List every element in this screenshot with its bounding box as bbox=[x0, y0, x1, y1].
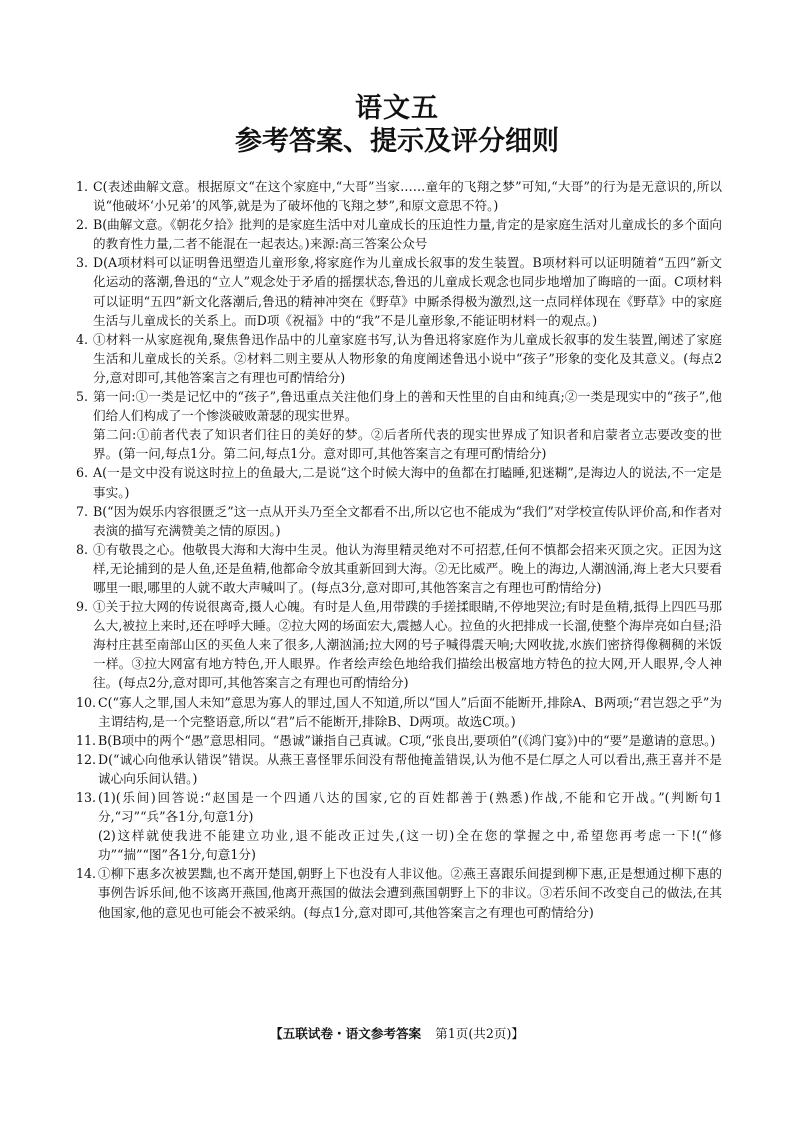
item-number: 2. bbox=[76, 215, 88, 234]
page-footer: 【五联试卷・语文参考答案第1页(共2页)】 bbox=[0, 1023, 794, 1042]
answer-item-12: 12. D(“诚心向他承认错误”错误。从燕王喜怪罪乐间没有帮他掩盖错误,认为他不… bbox=[76, 750, 722, 788]
item-number: 1. bbox=[76, 177, 88, 196]
answer-item-8: 8. ①有敬畏之心。他敬畏大海和大海中生灵。他认为海里精灵绝对不可招惹,任何不慎… bbox=[76, 540, 722, 597]
item-number: 9. bbox=[76, 597, 88, 616]
item-text: 第一问:①一类是记忆中的“孩子”,鲁迅重点关注他们身上的善和天性里的自由和纯真;… bbox=[93, 387, 722, 425]
item-number: 13. bbox=[76, 788, 96, 807]
answer-item-13: 13. (1)(乐间)回答说:“赵国是一个四通八达的国家,它的百姓都善于(熟悉)… bbox=[76, 788, 722, 864]
item-text: (1)(乐间)回答说:“赵国是一个四通八达的国家,它的百姓都善于(熟悉)作战,不… bbox=[98, 788, 722, 826]
item-text: B(曲解文意。《朝花夕拾》批判的是家庭生活中对儿童成长的压迫性力量,肯定的是家庭… bbox=[93, 215, 722, 253]
answer-item-11: 11. B(B项中的两个“愚”意思相同。“愚诚”谦指自己真诚。C项,“张良出,要… bbox=[76, 731, 722, 750]
answer-item-9: 9. ①关于拉大网的传说很离奇,摄人心魄。有时是人鱼,用带蹼的手搓揉眼睛,不停地… bbox=[76, 597, 722, 692]
item-text: D(“诚心向他承认错误”错误。从燕王喜怪罪乐间没有帮他掩盖错误,认为他不是仁厚之… bbox=[98, 750, 722, 788]
answer-item-3: 3. D(A项材料可以证明鲁迅塑造儿童形象,将家庭作为儿童成长叙事的发生装置。B… bbox=[76, 253, 722, 329]
item-text: D(A项材料可以证明鲁迅塑造儿童形象,将家庭作为儿童成长叙事的发生装置。B项材料… bbox=[93, 253, 722, 329]
item-text: C(表述曲解文意。根据原文“在这个家庭中,“大哥”当家……童年的飞翔之梦”可知,… bbox=[93, 177, 722, 215]
footer-series: 【五联试卷・语文参考答案 bbox=[270, 1026, 421, 1041]
item-text: (2)这样就使我进不能建立功业,退不能改正过失,(这一切)全在您的掌握之中,希望… bbox=[98, 826, 722, 864]
answer-item-4: 4. ①材料一从家庭视角,聚焦鲁迅作品中的儿童家庭书写,认为鲁迅将家庭作为儿童成… bbox=[76, 330, 722, 387]
item-number: 6. bbox=[76, 463, 88, 482]
answer-item-14: 14. ①柳下惠多次被罢黜,也不离开楚国,朝野上下也没有人非议他。②燕王喜跟乐间… bbox=[76, 864, 722, 921]
item-number: 5. bbox=[76, 387, 88, 406]
item-text: ①关于拉大网的传说很离奇,摄人心魄。有时是人鱼,用带蹼的手搓揉眼睛,不停地哭泣;… bbox=[93, 597, 722, 692]
item-number: 11. bbox=[76, 731, 96, 750]
item-number: 10. bbox=[76, 693, 96, 712]
item-number: 14. bbox=[76, 864, 96, 883]
item-number: 12. bbox=[76, 750, 96, 769]
item-number: 7. bbox=[76, 502, 88, 521]
item-text: 第二问:①前者代表了知识者们往日的美好的梦。②后者所代表的现实世界成了知识者和启… bbox=[93, 425, 722, 463]
answer-item-5: 5. 第一问:①一类是记忆中的“孩子”,鲁迅重点关注他们身上的善和天性里的自由和… bbox=[76, 387, 722, 463]
item-number: 8. bbox=[76, 540, 88, 559]
document-subtitle: 参考答案、提示及评分细则 bbox=[0, 119, 794, 158]
answer-item-1: 1. C(表述曲解文意。根据原文“在这个家庭中,“大哥”当家……童年的飞翔之梦”… bbox=[76, 177, 722, 215]
answer-list: 1. C(表述曲解文意。根据原文“在这个家庭中,“大哥”当家……童年的飞翔之梦”… bbox=[76, 177, 722, 922]
item-text: B(B项中的两个“愚”意思相同。“愚诚”谦指自己真诚。C项,“张良出,要项伯”(… bbox=[98, 731, 722, 750]
item-number: 4. bbox=[76, 330, 88, 349]
item-text: A(一是文中没有说这时拉上的鱼最大,二是说“这个时候大海中的鱼都在打瞌睡,犯迷糊… bbox=[93, 463, 722, 501]
item-text: ①有敬畏之心。他敬畏大海和大海中生灵。他认为海里精灵绝对不可招惹,任何不慎都会招… bbox=[93, 540, 722, 597]
answer-item-2: 2. B(曲解文意。《朝花夕拾》批判的是家庭生活中对儿童成长的压迫性力量,肯定的… bbox=[76, 215, 722, 253]
item-text: ①柳下惠多次被罢黜,也不离开楚国,朝野上下也没有人非议他。②燕王喜跟乐间提到柳下… bbox=[98, 864, 722, 921]
item-number: 3. bbox=[76, 253, 88, 272]
footer-page-number: 第1页(共2页)】 bbox=[435, 1026, 524, 1041]
answer-item-7: 7. B(“因为娱乐内容很匮乏”这一点从开头乃至全文都看不出,所以它也不能成为“… bbox=[76, 502, 722, 540]
item-text: ①材料一从家庭视角,聚焦鲁迅作品中的儿童家庭书写,认为鲁迅将家庭作为儿童成长叙事… bbox=[93, 330, 722, 387]
item-text: B(“因为娱乐内容很匮乏”这一点从开头乃至全文都看不出,所以它也不能成为“我们”… bbox=[93, 502, 722, 540]
item-text: C(“寡人之罪,国人未知”意思为寡人的罪过,国人不知道,所以“国人”后面不能断开… bbox=[98, 693, 722, 731]
answer-item-6: 6. A(一是文中没有说这时拉上的鱼最大,二是说“这个时候大海中的鱼都在打瞌睡,… bbox=[76, 463, 722, 501]
answer-item-10: 10. C(“寡人之罪,国人未知”意思为寡人的罪过,国人不知道,所以“国人”后面… bbox=[76, 693, 722, 731]
